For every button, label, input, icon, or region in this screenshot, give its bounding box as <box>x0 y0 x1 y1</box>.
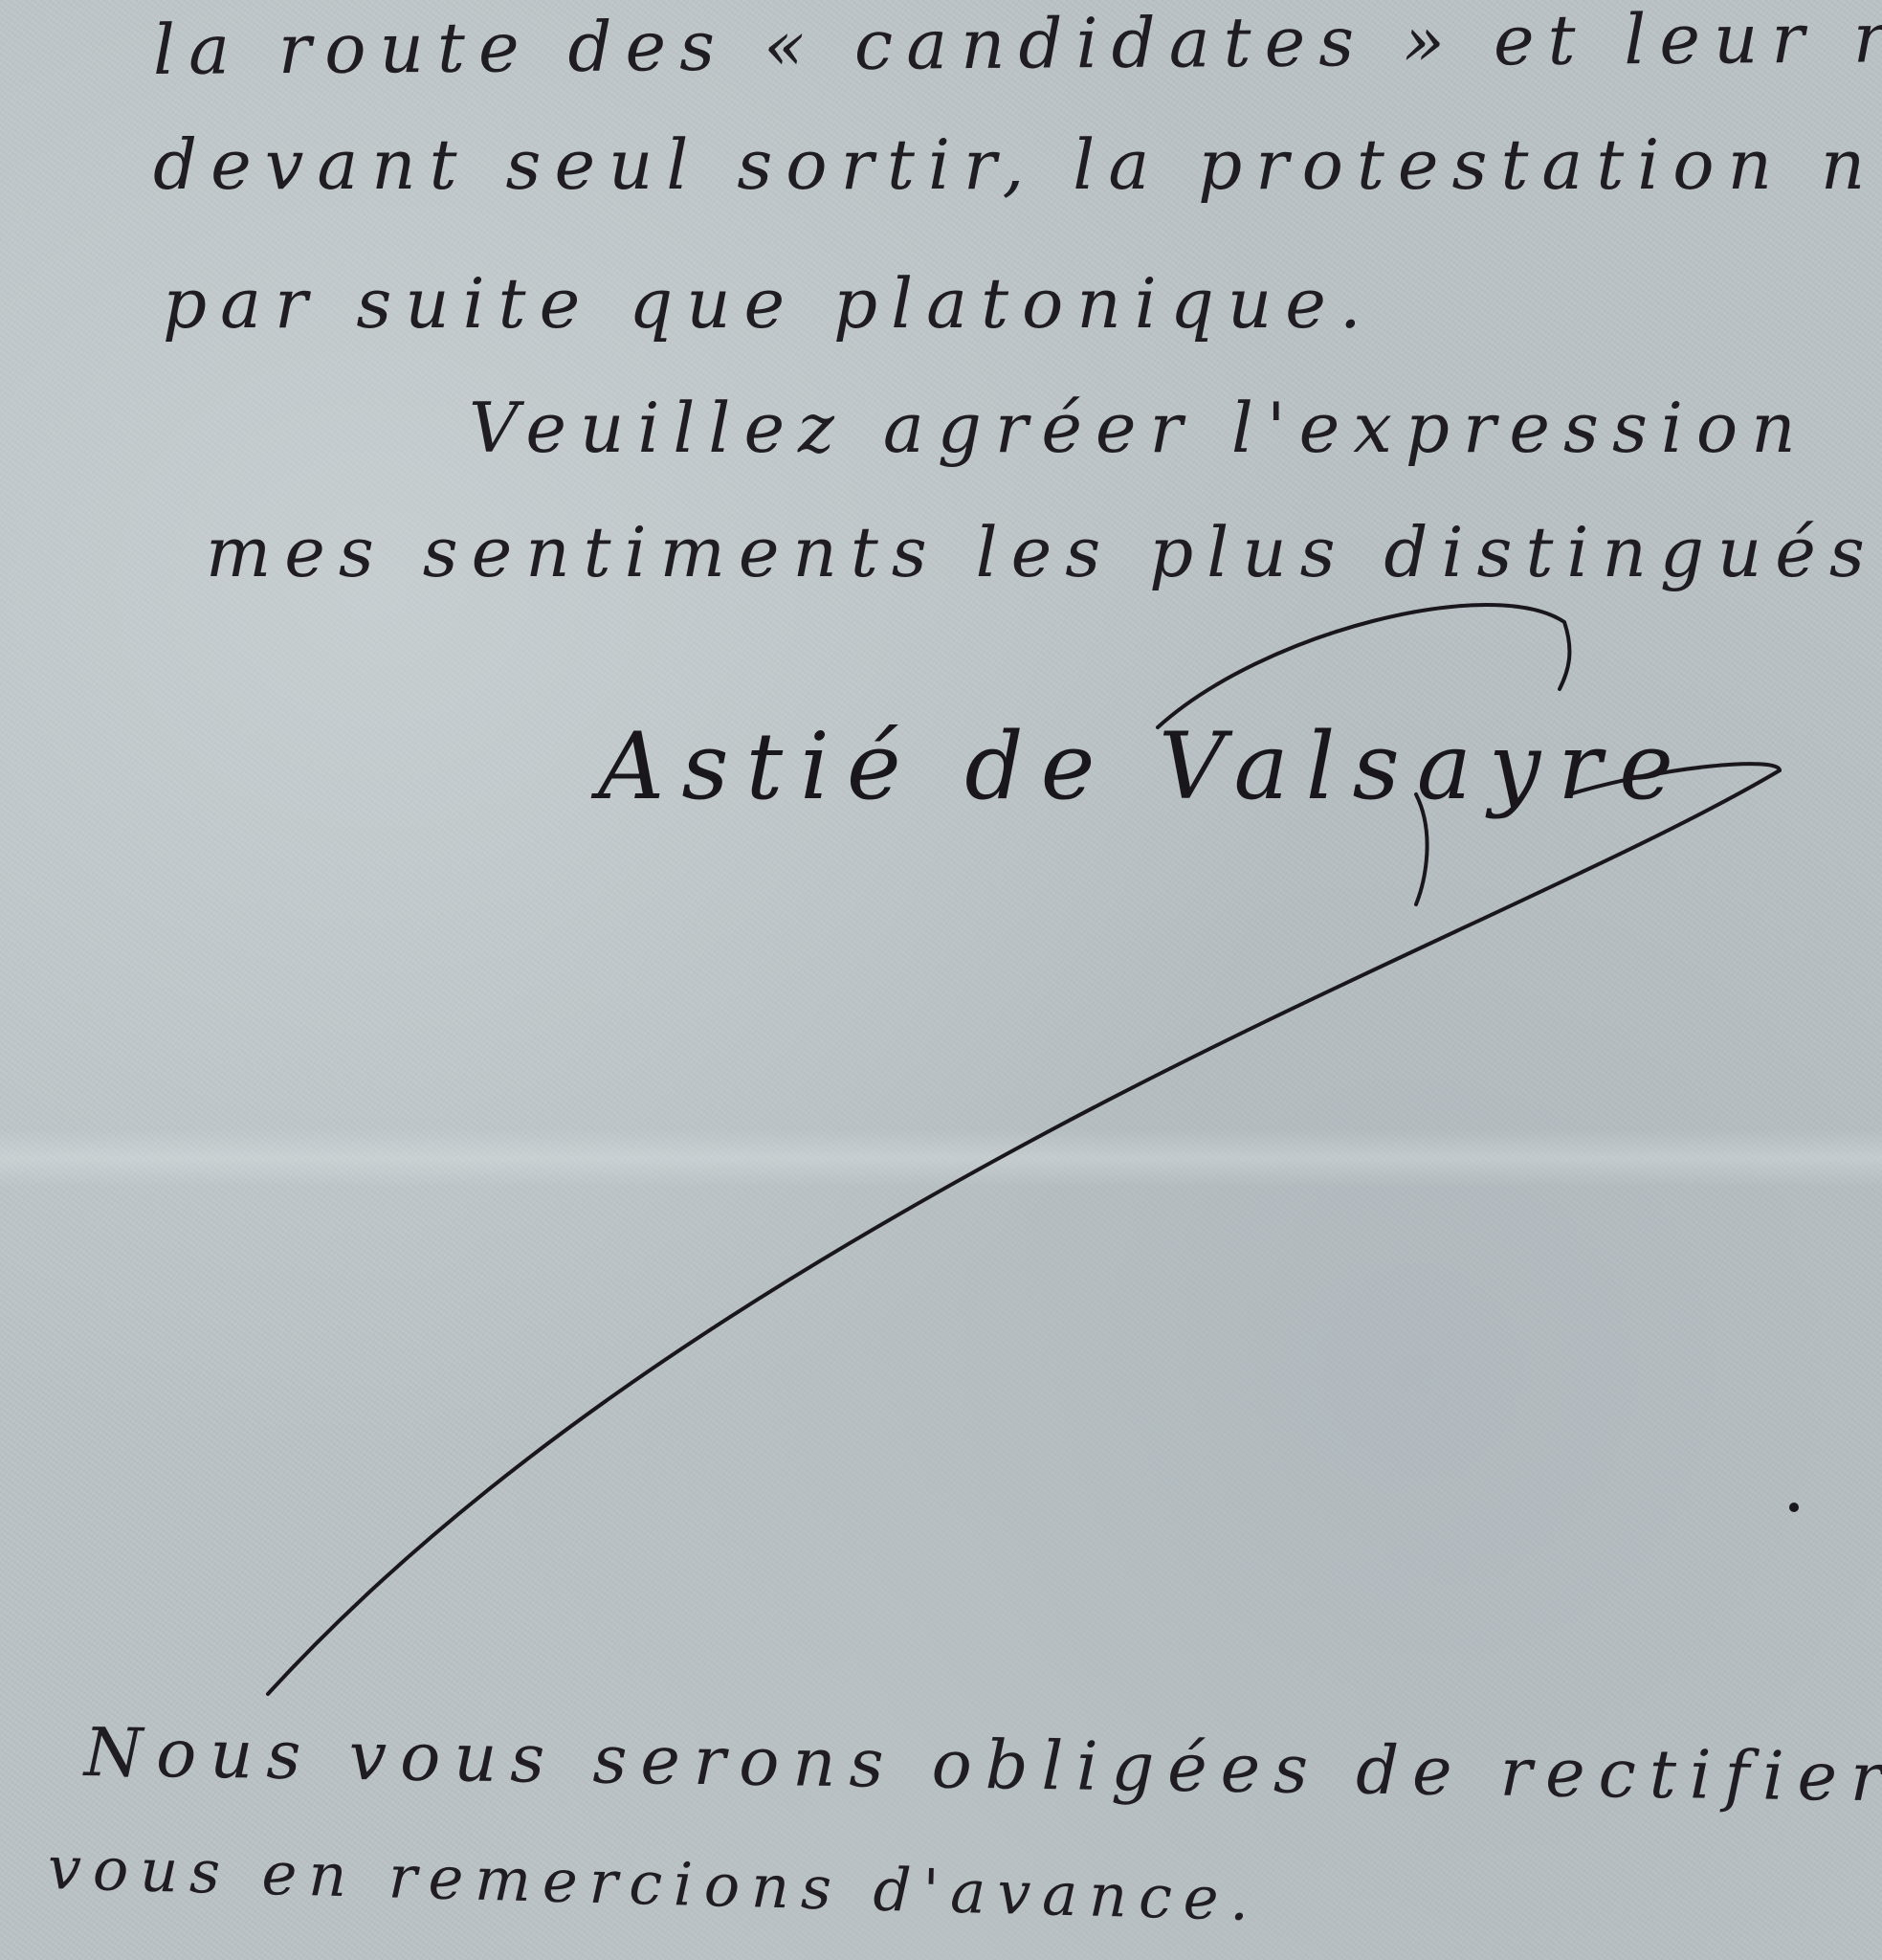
letter-line-1: la route des « candidates » et leur refu… <box>153 0 1882 90</box>
signature: Astié de Valsayre <box>598 713 1691 820</box>
letter-line-3: par suite que platonique. <box>163 263 1375 344</box>
closing-line-2: mes sentiments les plus distingués <box>206 512 1878 592</box>
paper-fold-crease <box>0 1129 1882 1187</box>
postscript-line-2: vous en remercions d'avance. <box>47 1833 1261 1934</box>
closing-line-1: Veuillez agréer l'expression <box>469 388 1809 468</box>
letter-line-2: devant seul sortir, la protestation n'é <box>153 124 1882 205</box>
postscript-line-1: Nous vous serons obligées de rectifier e… <box>83 1713 1882 1818</box>
